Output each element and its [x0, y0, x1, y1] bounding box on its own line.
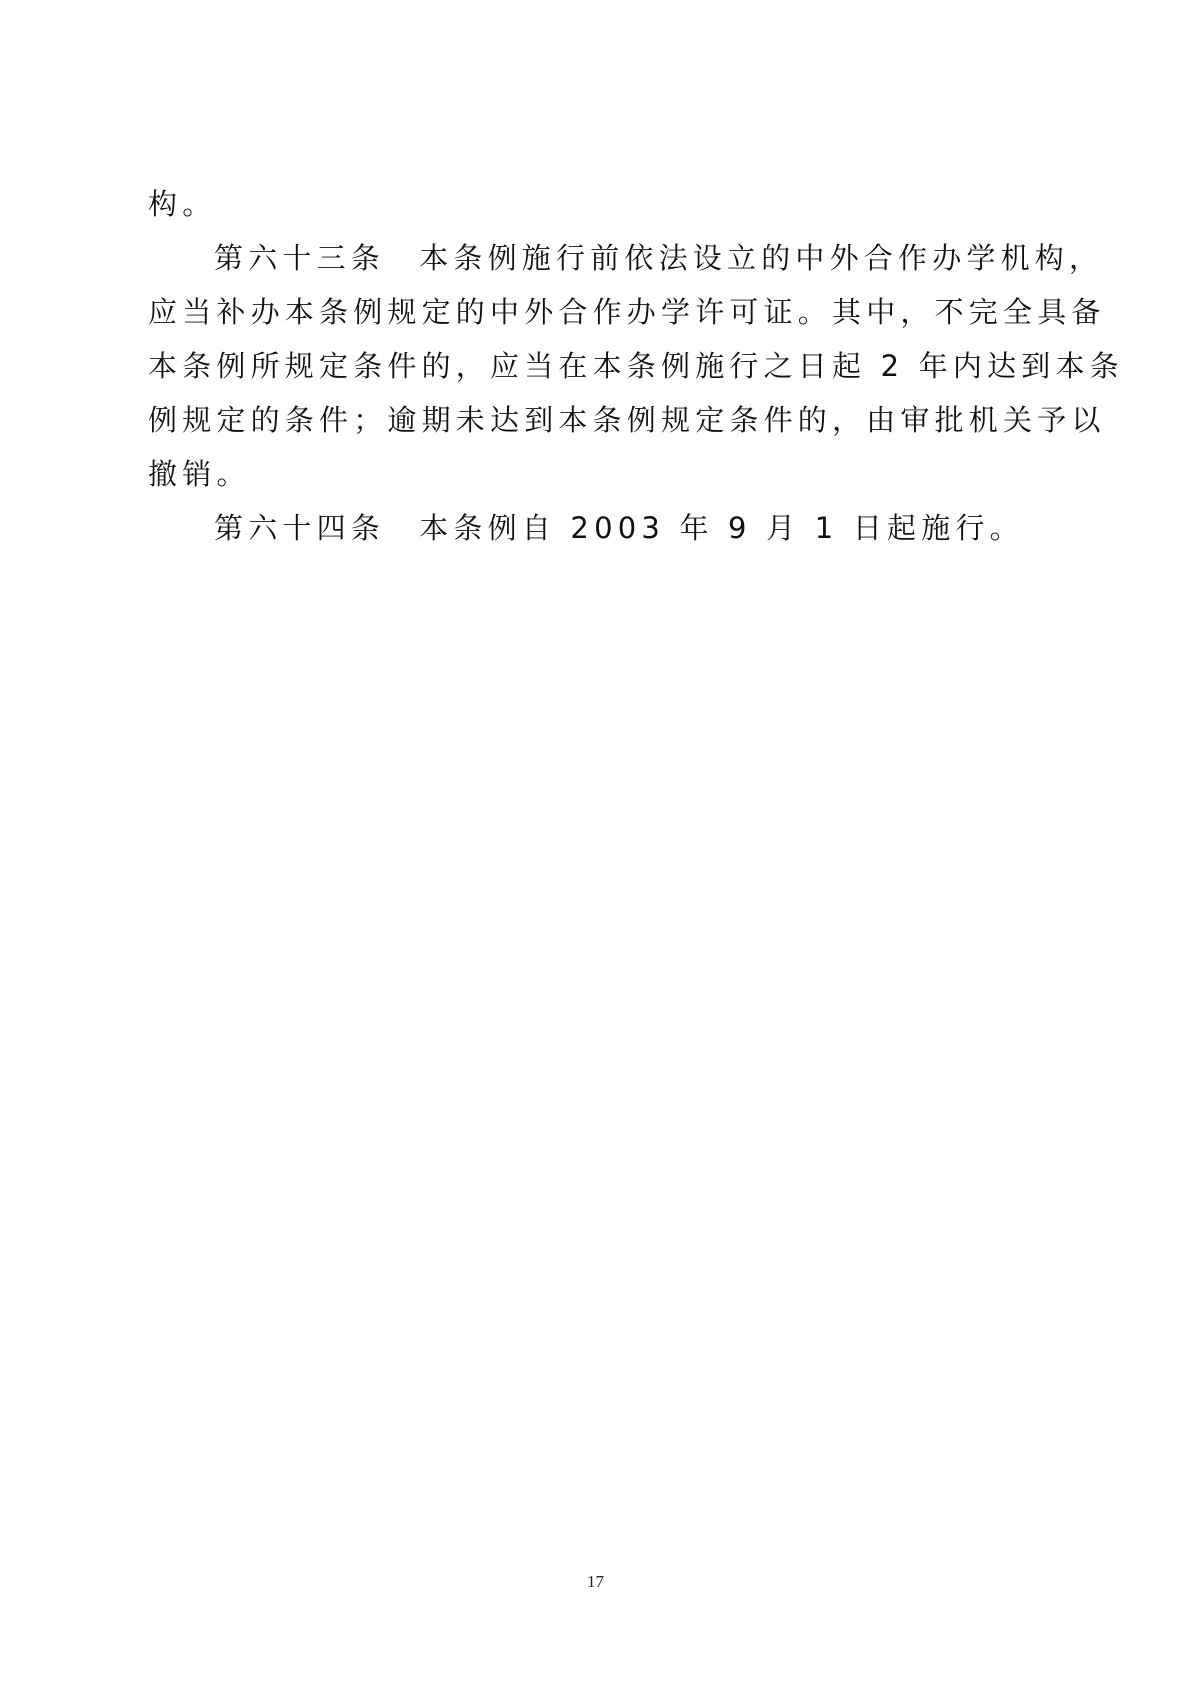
article-64-line: 第六十四条 本条例自 2003 年 9 月 1 日起施行。 — [214, 508, 1114, 548]
text-line-continuation: 构。 — [148, 184, 1048, 224]
article-63-line-2: 应当补办本条例规定的中外合作办学许可证。其中，不完全具备 — [148, 292, 1048, 332]
article-63-line-5: 撤销。 — [148, 454, 1048, 494]
document-page: 构。 第六十三条 本条例施行前依法设立的中外合作办学机构， 应当补办本条例规定的… — [0, 0, 1191, 1684]
article-63-line-3: 本条例所规定条件的，应当在本条例施行之日起 2 年内达到本条 — [148, 346, 1048, 386]
article-63-line-4: 例规定的条件；逾期未达到本条例规定条件的，由审批机关予以 — [148, 400, 1048, 440]
article-63-heading-line: 第六十三条 本条例施行前依法设立的中外合作办学机构， — [214, 238, 1114, 278]
page-number: 17 — [0, 1572, 1191, 1592]
